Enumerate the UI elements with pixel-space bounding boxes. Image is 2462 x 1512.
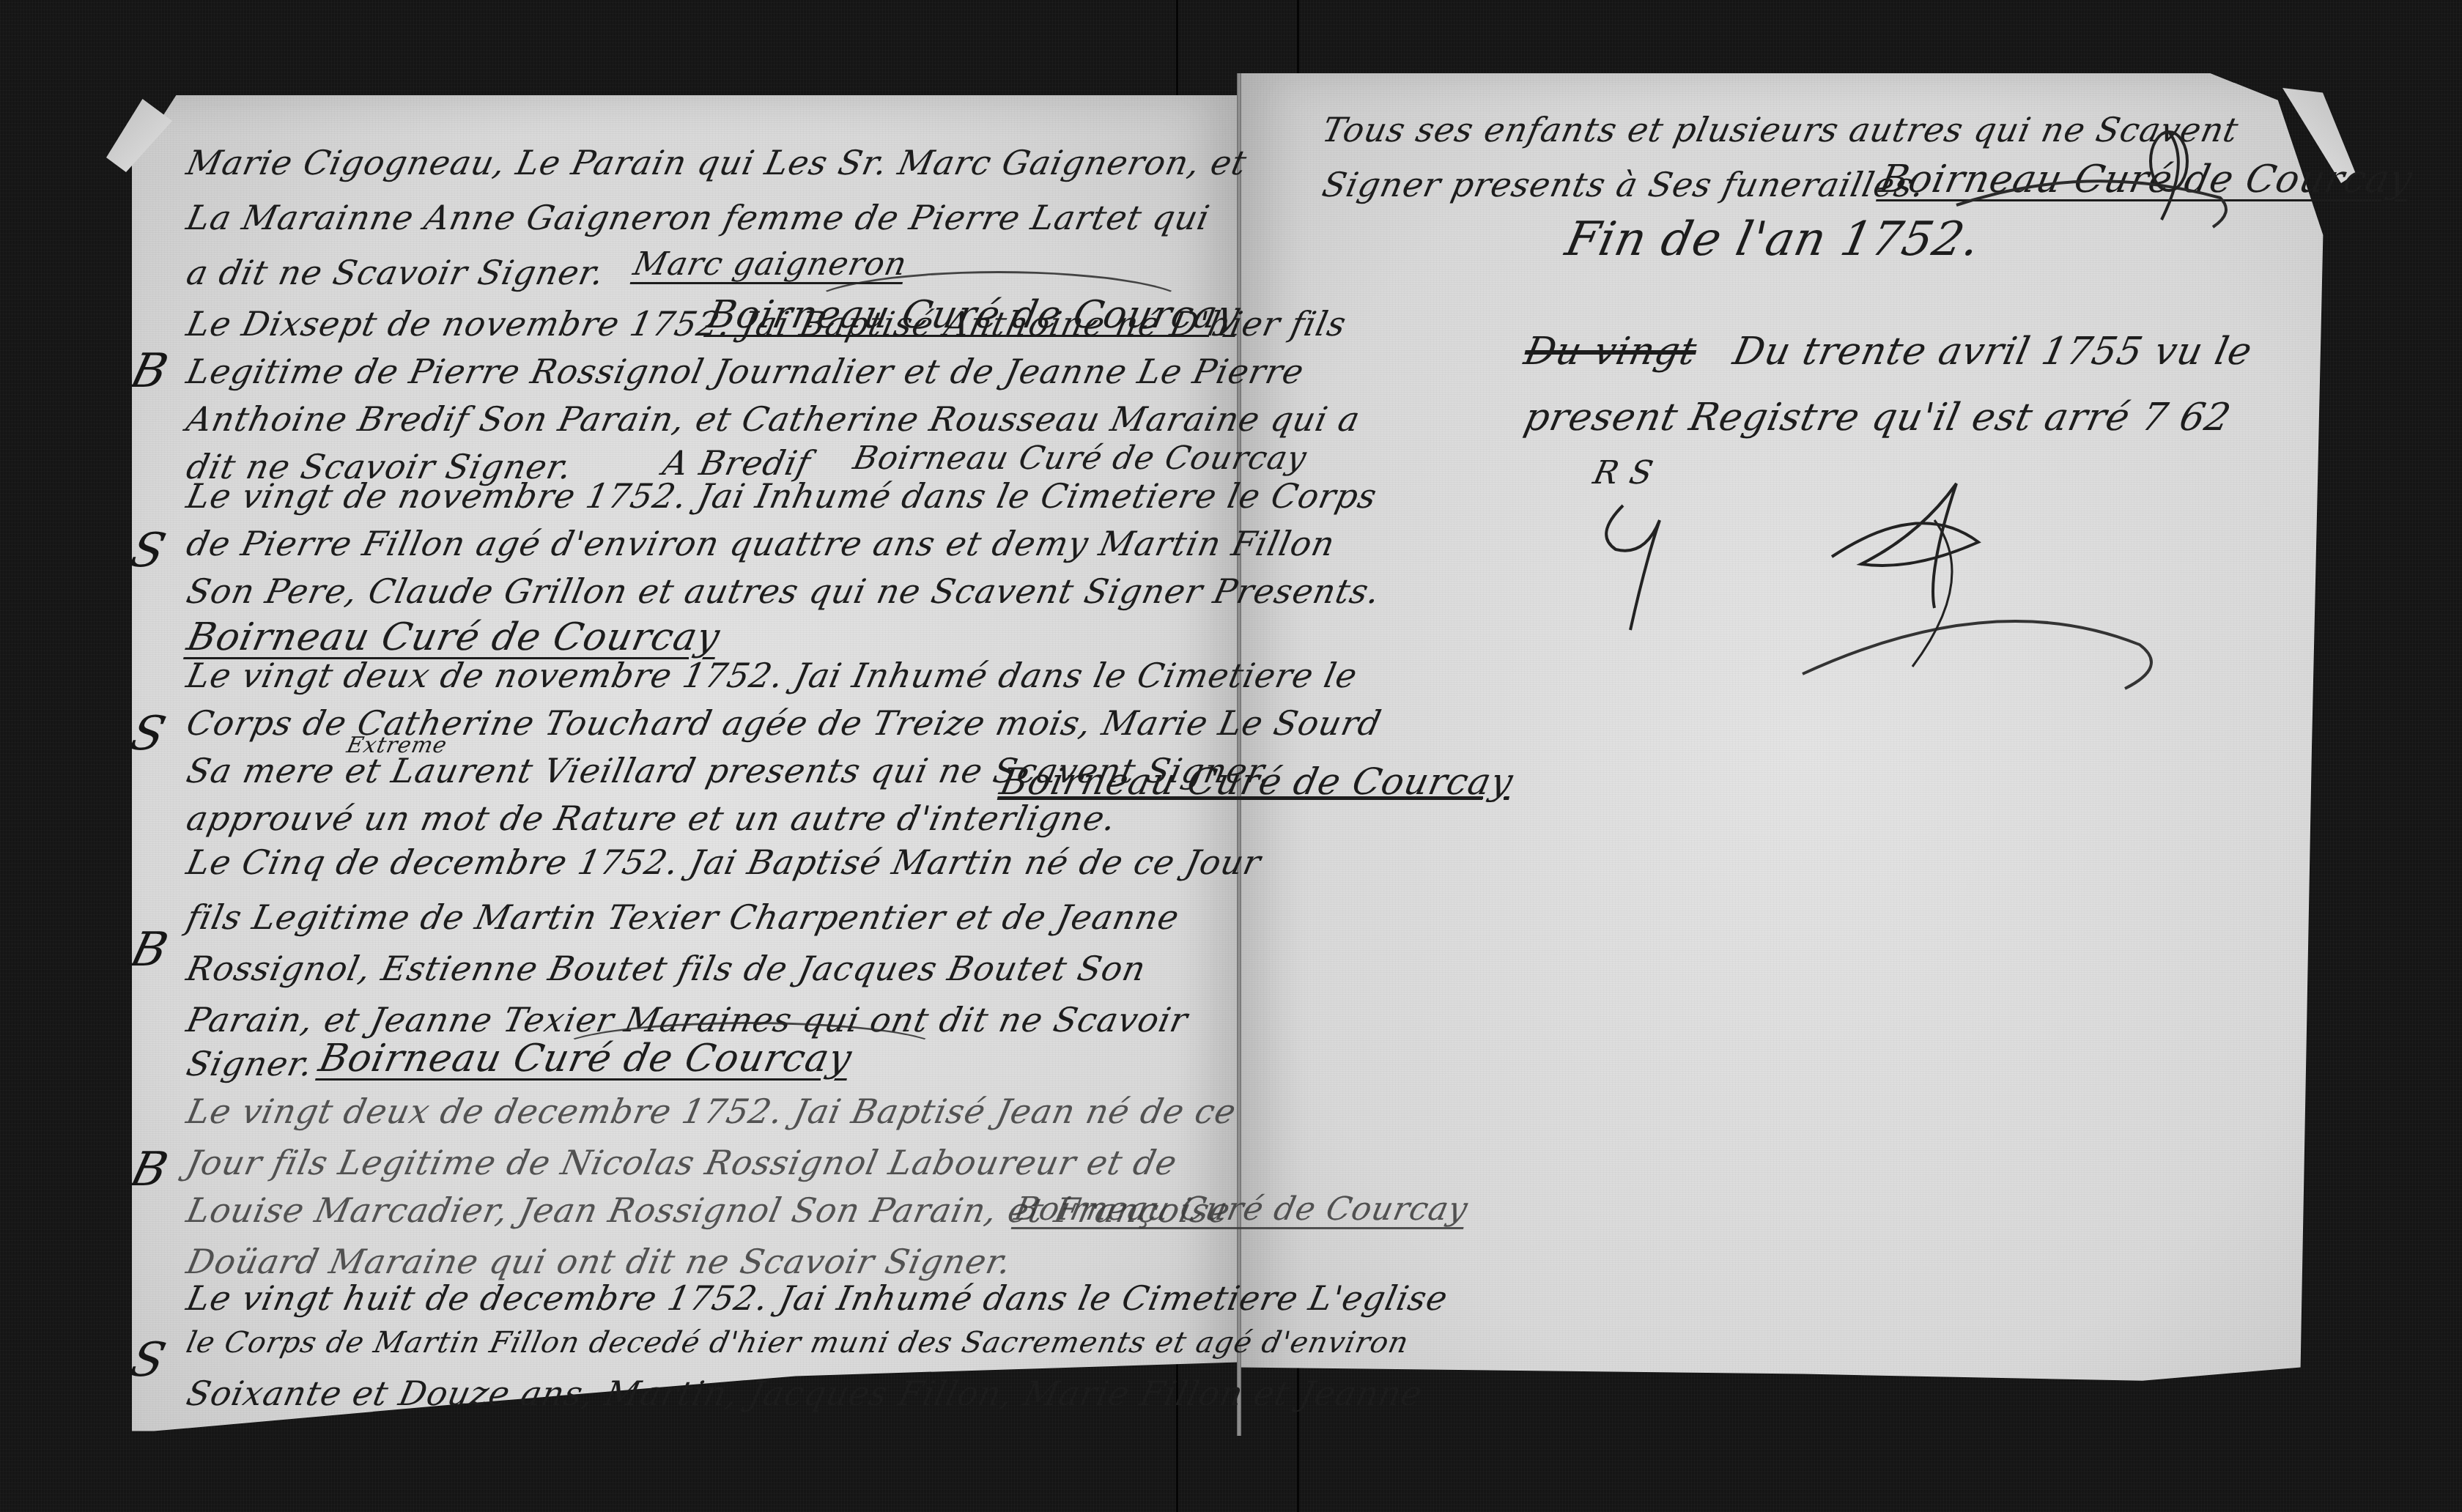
text-line: Le vingt deux de novembre 1752. Jai Inhu… [183,656,1361,695]
text-line: Anthoine Bredif Son Parain, et Catherine… [183,399,1364,439]
text-line: Jour fils Legitime de Nicolas Rossignol … [183,1143,1181,1182]
text-line: a dit ne Scavoir Signer. [183,253,608,292]
text-line: approuvé un mot de Rature et un autre d'… [183,798,1120,838]
signature: Marc gaigneron [630,245,911,283]
paraph-flourish-icon [1553,469,2213,733]
closing-line: present Registre qu'il est arré 7 62 [1520,396,2235,440]
signature: Boirneau Curé de Courcay [183,615,724,659]
text-line: Signer presents à Ses funerailles. [1319,165,1929,204]
signature-flourish-icon [1949,117,2242,234]
signature-flourish [557,1022,942,1078]
text-line: Legitime de Pierre Rossignol Journalier … [183,352,1308,391]
struck-text: Du vingt [1520,330,1701,374]
text-line: Doüard Maraine qui ont dit ne Scavoir Si… [183,1242,1016,1281]
text-line: Le vingt de novembre 1752. Jai Inhumé da… [183,476,1380,516]
signature: Boirneau Curé de Courcay [997,762,1517,802]
text-line: Marie Cigogneau, Le Parain qui Les Sr. M… [183,143,1251,182]
text-line: Signer. [183,1044,317,1083]
text-line: Le Cinq de decembre 1752. Jai Baptisé Ma… [183,842,1265,882]
text-line: fils Legitime de Martin Texier Charpenti… [183,897,1183,937]
text-line: La Marainne Anne Gaigneron femme de Pier… [183,198,1213,237]
text-line: Le vingt huit de decembre 1752. Jai Inhu… [183,1278,1452,1318]
signature: Boirneau Curé de Courcay [850,440,1310,477]
closing-line: Du trente avril 1755 vu le [1729,330,2256,374]
end-of-year-note: Fin de l'an 1752. [1561,212,1985,267]
text-line: de Pierre Fillon agé d'environ quattre a… [183,524,1339,563]
signature-flourish [806,271,1191,341]
signature: Boirneau Curé de Courcay [1011,1190,1471,1228]
text-line: Rossignol, Estienne Boutet fils de Jacqu… [183,949,1150,988]
text-line: Le vingt deux de decembre 1752. Jai Bapt… [183,1092,1240,1131]
text-line: Soixante et Douze ans, Martin, Jacques F… [183,1374,1427,1413]
text-line: Son Pere, Claude Grillon et autres qui n… [183,571,1384,611]
text-line: le Corps de Martin Fillon decedé d'hier … [183,1326,1412,1360]
